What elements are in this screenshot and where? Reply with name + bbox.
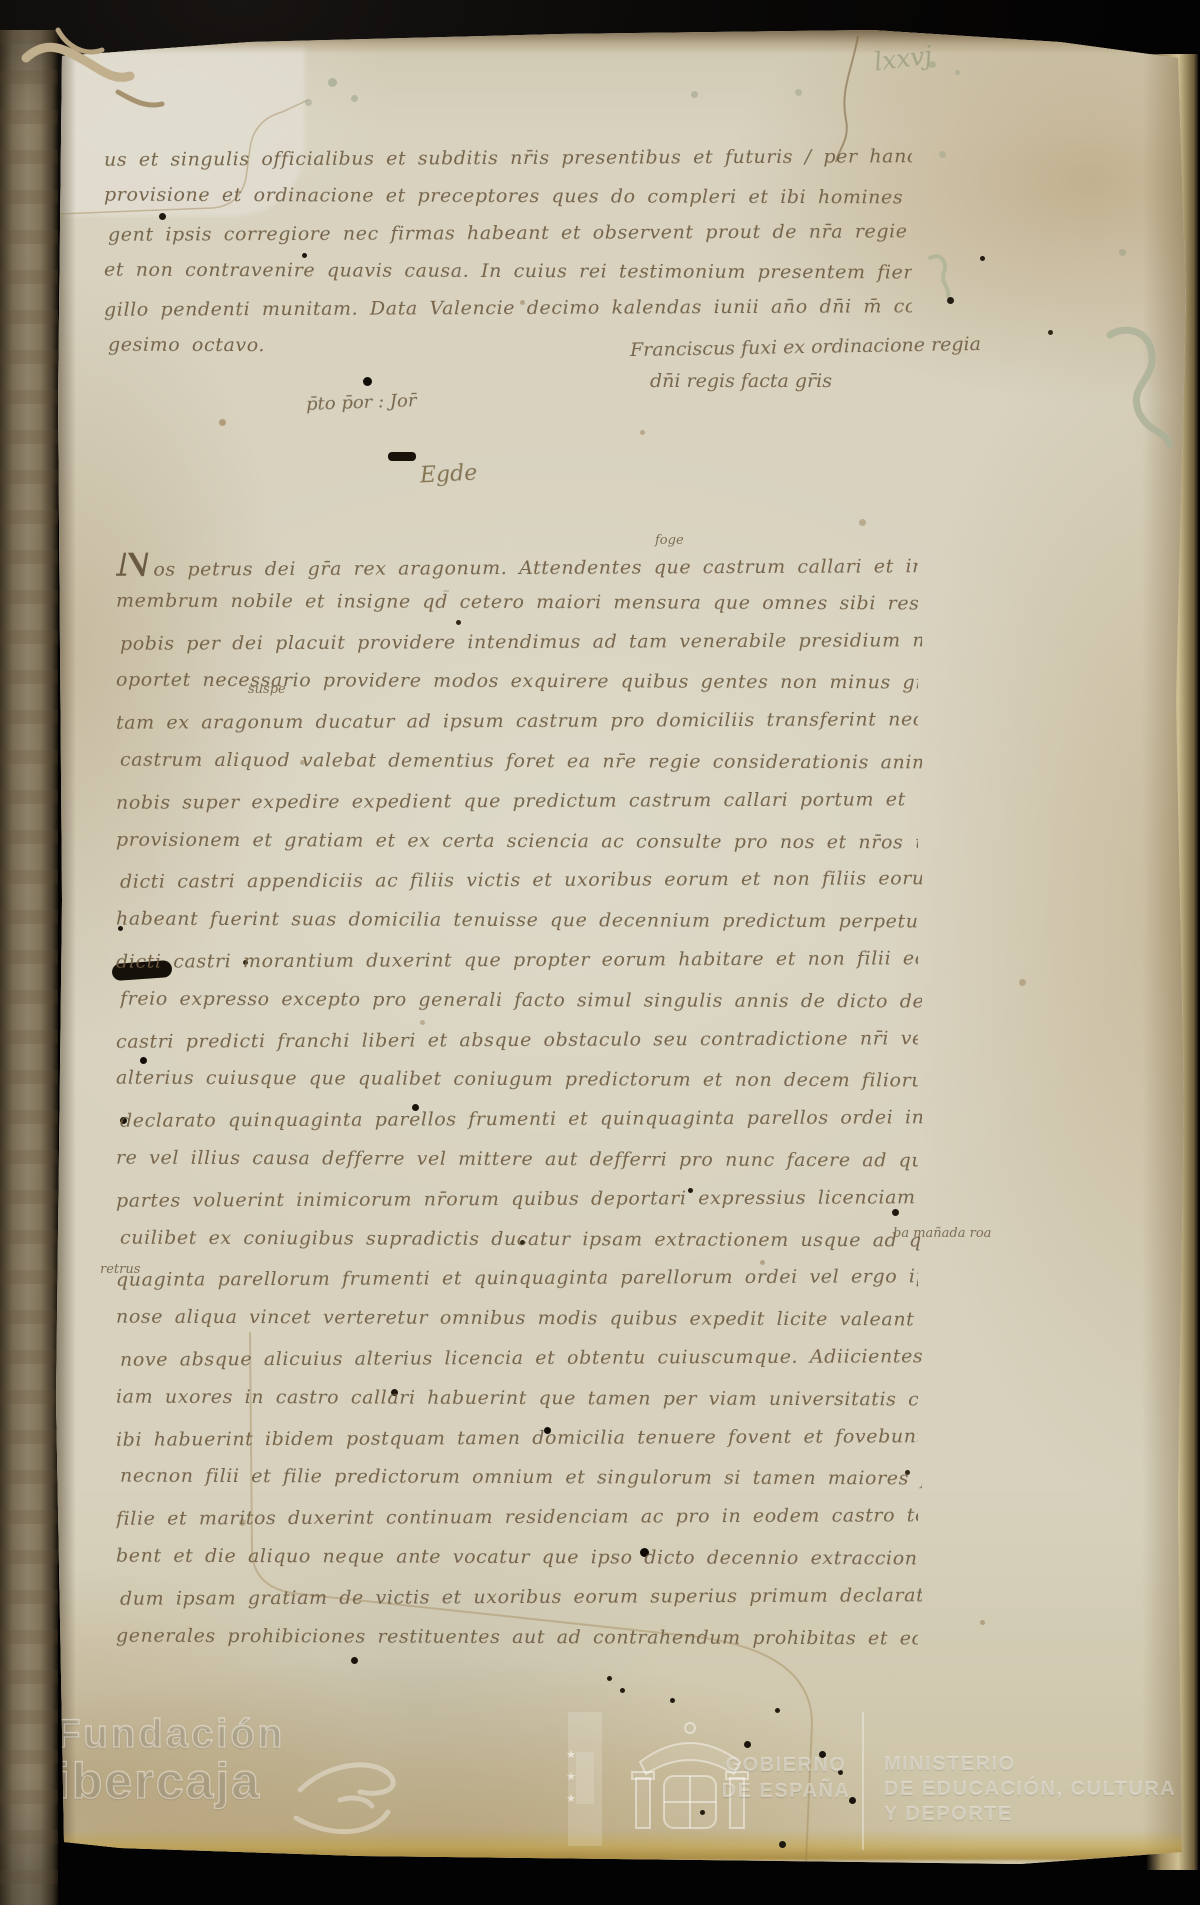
star-icon: ★ xyxy=(566,1792,576,1805)
watermark-divider xyxy=(862,1712,864,1850)
gobierno-line-2: DE ESPAÑA xyxy=(716,1778,856,1804)
manuscript-page: lxxvj us et singulis officialibus et sub… xyxy=(0,0,1200,1905)
manuscript-line: filie et maritos duxerint continuam resi… xyxy=(116,1504,918,1529)
manuscript-line: alterius cuiusque que qualibet coniugum … xyxy=(116,1067,918,1092)
manuscript-line: partes voluerint inimicorum nr̄orum quib… xyxy=(116,1186,918,1211)
interlinear-note: ba mañada roa xyxy=(893,1226,991,1241)
manuscript-line: pobis per dei placuit providere intendim… xyxy=(120,629,922,654)
manuscript-line: tam ex aragonum ducatur ad ipsum castrum… xyxy=(116,708,918,733)
interlinear-note: foge xyxy=(655,533,684,548)
manuscript-line: oportet necessario providere modos exqui… xyxy=(116,669,918,694)
gobierno-watermark: GOBIERNO DE ESPAÑA xyxy=(716,1752,856,1804)
manuscript-line: declarato quinquaginta parellos frumenti… xyxy=(120,1106,922,1131)
manuscript-line: Nos petrus dei gr̄a rex aragonum. Attend… xyxy=(116,549,918,580)
manuscript-line: gent ipsis corregiore nec firmas habeant… xyxy=(108,220,916,246)
ministerio-line-3: Y DEPORTE xyxy=(884,1802,1194,1827)
manuscript-line: cuilibet ex coniugibus supradictis ducat… xyxy=(120,1226,922,1251)
flag-bar-window xyxy=(576,1752,594,1804)
manuscript-line: membrum nobile et insigne qd̄ cetero mai… xyxy=(116,589,918,614)
manuscript-line: dum ipsam gratiam de victis et uxoribus … xyxy=(120,1584,922,1609)
manuscript-line: nove absque alicuius alterius licencia e… xyxy=(120,1345,922,1370)
interlinear-note: suspe xyxy=(248,682,286,697)
manuscript-line: iam uxores in castro callari habuerint q… xyxy=(116,1385,918,1410)
manuscript-line: provisione et ordinacione et preceptores… xyxy=(104,183,912,208)
ministerio-line-1: MINISTERIO xyxy=(884,1752,1194,1777)
approval-mark: p̄to p̄or : Jor̄ xyxy=(306,390,417,415)
ministerio-line-2: DE EDUCACIÓN, CULTURA xyxy=(884,1777,1194,1802)
manuscript-line: ibi habuerint ibidem postquam tamen domi… xyxy=(116,1425,918,1450)
manuscript-line: et non contravenire quavis causa. In cui… xyxy=(104,258,912,283)
ibercaja-watermark: ibercaja xyxy=(56,1752,261,1810)
manuscript-line: nobis super expedire expedient que predi… xyxy=(116,788,918,813)
manuscript-line: dicti castri appendiciis ac filiis victi… xyxy=(120,868,922,893)
fundacion-watermark: Fundación xyxy=(56,1712,285,1757)
manuscript-line: bent et die aliquo neque ante vocatur qu… xyxy=(116,1545,918,1570)
manuscript-line: habeant fuerint suas domicilia tenuisse … xyxy=(116,908,918,933)
manuscript-line: us et singulis officialibus et subditis … xyxy=(104,145,912,171)
ministerio-watermark: MINISTERIO DE EDUCACIÓN, CULTURA Y DEPOR… xyxy=(884,1752,1194,1827)
silverfish-damage-mark xyxy=(1110,330,1170,445)
manuscript-line: castrum aliquod valebat dementius foret … xyxy=(120,749,922,774)
manuscript-line: provisionem et gratiam et ex certa scien… xyxy=(116,828,918,853)
manuscript-line: necnon filii et filie predictorum omnium… xyxy=(120,1465,922,1490)
manuscript-line: quaginta parellorum frumenti et quinquag… xyxy=(116,1266,918,1291)
gobierno-line-1: GOBIERNO xyxy=(716,1752,856,1778)
book-spine xyxy=(0,30,58,1905)
star-icon: ★ xyxy=(566,1748,576,1761)
ink-dash xyxy=(388,452,416,461)
manuscript-line: castri predicti franchi liberi et absque… xyxy=(116,1027,918,1052)
section-mark: Egde xyxy=(419,461,477,489)
manuscript-line: generales prohibiciones restituentes aut… xyxy=(116,1624,918,1649)
interlinear-note: retrus xyxy=(100,1262,140,1277)
notary-subscription-line-2: dn̄i regis facta gr̄is xyxy=(650,370,832,392)
manuscript-line: freio expresso excepto pro generali fact… xyxy=(120,987,922,1012)
paper-crack xyxy=(836,36,858,162)
star-icon: ★ xyxy=(566,1770,576,1783)
small-damage-mark xyxy=(930,256,948,296)
binding-laces xyxy=(0,0,240,140)
ibercaja-logo-icon xyxy=(296,1765,393,1832)
lace-strap xyxy=(118,92,162,105)
manuscript-line: gillo pendenti munitam. Data Valencie de… xyxy=(104,296,912,322)
archival-photo: lxxvj us et singulis officialibus et sub… xyxy=(0,0,1200,1905)
manuscript-line: dicti castri morantium duxerint que prop… xyxy=(116,947,918,972)
manuscript-line: re vel illius causa defferre vel mittere… xyxy=(116,1147,918,1172)
manuscript-line: nose aliqua vincet verteretur omnibus mo… xyxy=(116,1306,918,1331)
